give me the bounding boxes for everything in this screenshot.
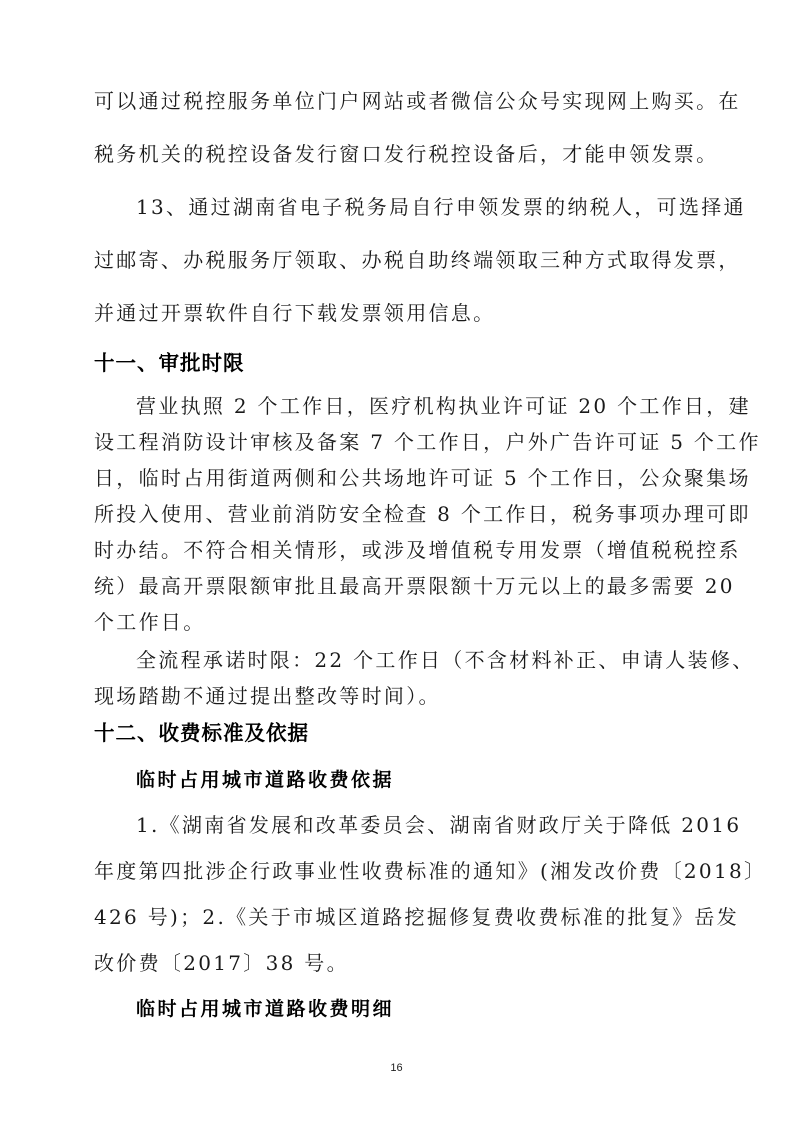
item-13-line: 并通过开票软件自行下载发票领用信息。 — [94, 300, 706, 326]
fee-basis-line: 改价费〔2017〕38 号。 — [94, 950, 706, 976]
body-text-line: 税务机关的税控设备发行窗口发行税控设备后，才能申领发票。 — [94, 141, 706, 167]
section-11-paragraph-line: 统）最高开票限额审批且最高开票限额十万元以上的最多需要 20 — [94, 573, 706, 599]
item-13-line: 13、通过湖南省电子税务局自行申领发票的纳税人，可选择通 — [136, 194, 706, 220]
section-11-paragraph-line: 个工作日。 — [94, 609, 706, 635]
page-number: 16 — [0, 1062, 793, 1074]
fee-basis-line: 426 号)；2.《关于市城区道路挖掘修复费收费标准的批复》岳发 — [94, 904, 706, 930]
section-11-paragraph-line: 营业执照 2 个工作日，医疗机构执业许可证 20 个工作日，建 — [136, 393, 706, 419]
fee-basis-line: 1.《湖南省发展和改革委员会、湖南省财政厅关于降低 2016 — [136, 812, 706, 838]
section-11-paragraph-line: 时办结。不符合相关情形，或涉及增值税专用发票（增值税税控系 — [94, 537, 706, 563]
section-12-heading: 十二、收费标准及依据 — [94, 720, 706, 746]
fee-basis-line: 年度第四批涉企行政事业性收费标准的通知》(湘发改价费〔2018〕 — [94, 858, 706, 884]
document-page: 可以通过税控服务单位门户网站或者微信公众号实现网上购买。在 税务机关的税控设备发… — [0, 0, 793, 1122]
commitment-line: 全流程承诺时限：22 个工作日（不含材料补正、申请人装修、 — [136, 647, 706, 673]
body-text-line: 可以通过税控服务单位门户网站或者微信公众号实现网上购买。在 — [94, 88, 706, 114]
section-11-paragraph-line: 日，临时占用街道两侧和公共场地许可证 5 个工作日，公众聚集场 — [94, 465, 706, 491]
item-13-line: 过邮寄、办税服务厅领取、办税自助终端领取三种方式取得发票， — [94, 247, 706, 273]
fee-detail-title: 临时占用城市道路收费明细 — [136, 996, 706, 1022]
section-11-paragraph-line: 设工程消防设计审核及备案 7 个工作日，户外广告许可证 5 个工作 — [94, 429, 706, 455]
fee-basis-title: 临时占用城市道路收费依据 — [136, 767, 706, 793]
section-11-paragraph-line: 所投入使用、营业前消防安全检查 8 个工作日，税务事项办理可即 — [94, 501, 706, 527]
commitment-line: 现场踏勘不通过提出整改等时间）。 — [94, 683, 706, 709]
section-11-heading: 十一、审批时限 — [94, 350, 706, 376]
